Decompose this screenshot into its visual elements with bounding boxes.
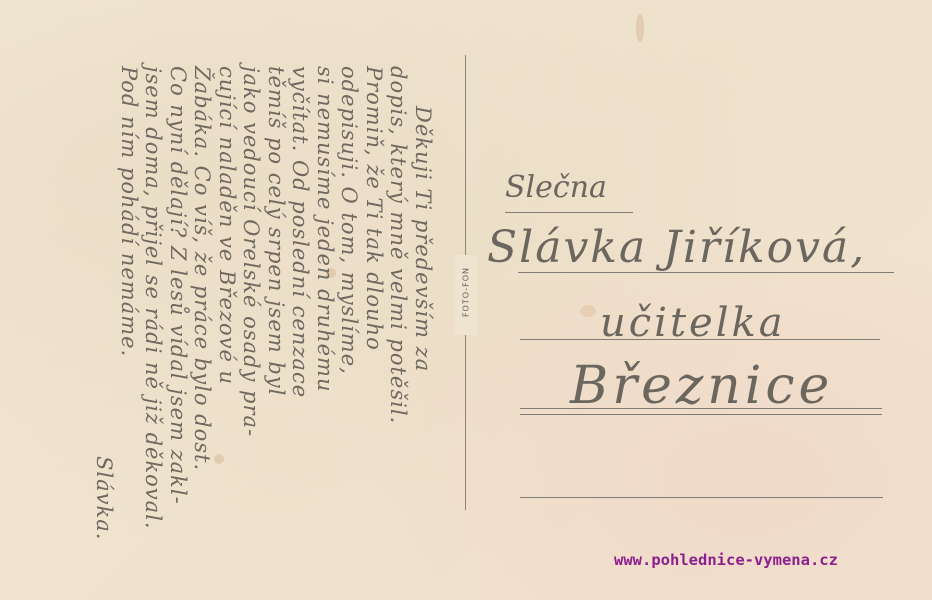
salutation-underline bbox=[505, 212, 633, 213]
address-town: Březnice bbox=[570, 356, 833, 416]
address-line-4 bbox=[520, 497, 883, 498]
message-line: Žabáka. Co víš, že práce bylo dost. bbox=[190, 66, 215, 586]
message-line: si nemusíme jeden druhému bbox=[313, 66, 338, 586]
address-line-1 bbox=[518, 272, 894, 273]
message-signature: Slávka. bbox=[92, 66, 117, 586]
message-line: Děkuji Ti především za bbox=[411, 66, 436, 586]
postcard-back: Děkuji Ti především zadopis, který mně v… bbox=[0, 0, 932, 600]
message-line: cující naladěn ve Březové u bbox=[215, 66, 240, 586]
paper-stain bbox=[580, 305, 596, 317]
message-line: Pod ním pohádí nemáme. bbox=[117, 66, 142, 586]
address-line-2 bbox=[520, 339, 880, 340]
address-recipient-name: Slávka Jiříková, bbox=[487, 222, 866, 273]
address-line-3 bbox=[520, 408, 882, 409]
message-line: jako vedoucí Orelské osady pra- bbox=[239, 66, 264, 586]
address-line-3-double bbox=[520, 414, 882, 415]
message-line: těmíš po celý srpen jsem byl bbox=[264, 66, 289, 586]
message-line: vyčítat. Od poslední cenzace bbox=[288, 66, 313, 586]
message-line: Promiň, že Ti tak dlouho bbox=[362, 66, 387, 586]
printed-publisher-label: FOTO-FON bbox=[462, 267, 471, 317]
website-watermark: www.pohlednice-vymena.cz bbox=[614, 551, 838, 569]
message-line: dopis, který mně velmi potěšil. bbox=[386, 66, 411, 586]
message-line: jsem doma, přijel se rádi ně již děkoval… bbox=[141, 66, 166, 586]
handwritten-message: Děkuji Ti především zadopis, který mně v… bbox=[2, 62, 442, 590]
paper-stain bbox=[636, 14, 644, 42]
address-salutation: Slečna bbox=[505, 170, 607, 205]
message-text: Děkuji Ti především zadopis, který mně v… bbox=[5, 66, 435, 586]
message-line: odepisuji. O tom, myslíme, bbox=[337, 66, 362, 586]
message-line: Co nyní dělají? Z lesů vídal jsem zakl- bbox=[166, 66, 191, 586]
